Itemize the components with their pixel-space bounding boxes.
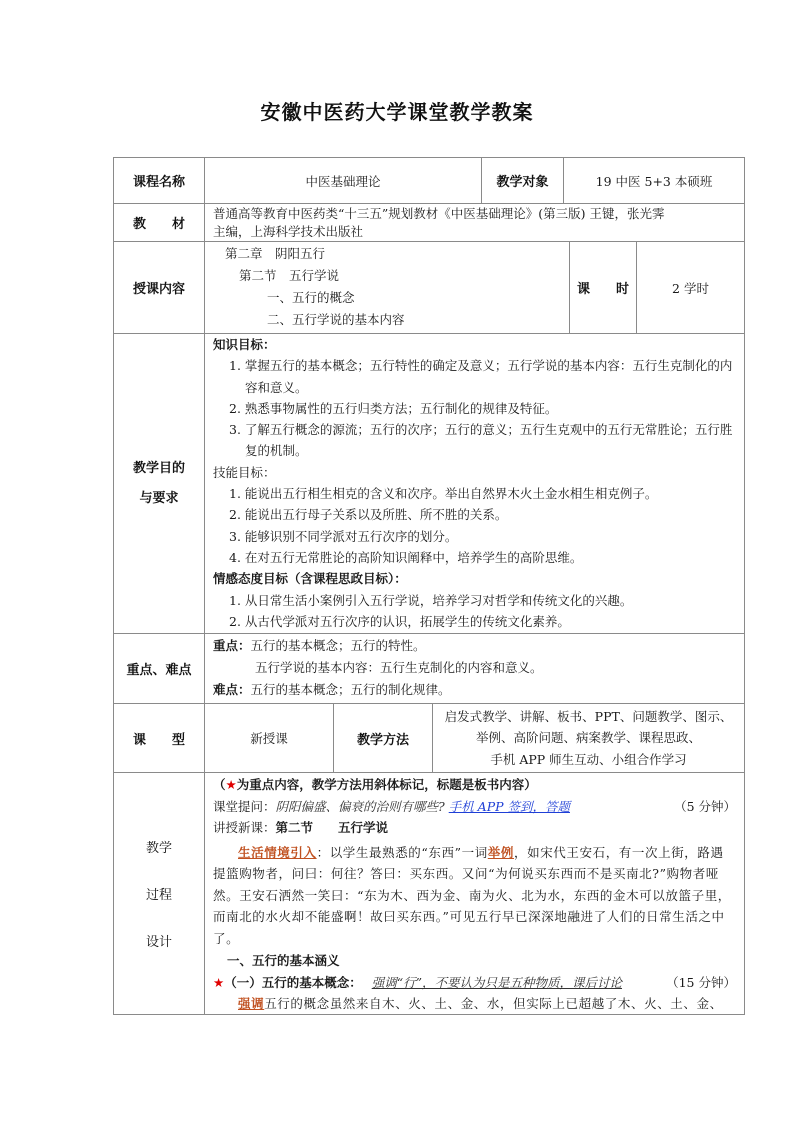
textbook-label-text: 教 材 [133, 213, 185, 232]
key-line: 五行的基本概念；五行的特性。 [251, 638, 426, 653]
difficult-label: 难点： [213, 682, 251, 697]
sub1-time: （15 分钟） [666, 972, 736, 994]
course-name-label: 课程名称 [113, 157, 205, 204]
key-points-label-text: 重点、难点 [126, 659, 191, 678]
key-label: 重点： [213, 638, 251, 653]
content-label: 授课内容 [113, 241, 205, 334]
course-name-text: 中医基础理论 [305, 172, 380, 190]
life-context-highlight: 生活情境引入 [238, 845, 317, 860]
emphasis-highlight: 强调 [238, 996, 264, 1011]
hours-value: 2 学时 [636, 241, 745, 334]
key-line: 五行学说的基本内容：五行生克制化的内容和意义。 [213, 657, 736, 679]
classroom-question: 课堂提问：阴阳偏盛、偏衰的治则有哪些? 手机 APP 签到，答题 （5 分钟） [213, 796, 736, 818]
document-title: 安徽中医药大学课堂教学教案 [0, 96, 794, 125]
method-label-text: 教学方法 [357, 729, 409, 748]
audience-text: 19 中医 5+3 本硕班 [596, 172, 713, 190]
method-line: 举例、高阶问题、病案教学、课程思政、 [476, 727, 701, 749]
emphasis-paragraph: 强调五行的概念虽然来自木、火、土、金、水，但实际上已超越了木、火、土、金、 [213, 993, 736, 1015]
key-points-label: 重点、难点 [113, 633, 205, 704]
process-note: （★为重点内容，教学方法用斜体标记，标题是板书内容） [213, 774, 736, 796]
hours-label-text: 课 时 [577, 278, 629, 297]
attitude-item: 2. 从古代学派对五行次序的认识，拓展学生的传统文化素养。 [213, 611, 736, 632]
example-highlight: 举例 [488, 845, 514, 860]
lesson-type-label-text: 课 型 [133, 729, 185, 748]
course-name-value: 中医基础理论 [204, 157, 482, 204]
topic-line: 二、五行学说的基本内容 [213, 309, 561, 331]
content-value: 第二章 阴阳五行 第二节 五行学说 一、五行的概念 二、五行学说的基本内容 [204, 241, 570, 334]
objectives-label-line2: 与要求 [139, 484, 178, 514]
chapter-line: 第二章 阴阳五行 [213, 243, 561, 265]
textbook-line: 普通高等教育中医药类“十三五”规划教材《中医基础理论》(第三版) 王键，张光霁 [213, 205, 736, 223]
method-line: 手机 APP 师生互动、小组合作学习 [490, 749, 686, 771]
knowledge-item: 2. 熟悉事物属性的五行归类方法；五行制化的规律及特征。 [213, 398, 736, 419]
sub1-note: 强调“行”，不要认为只是五种物质，课后讨论 [372, 975, 622, 990]
lesson-type-text: 新授课 [250, 729, 288, 747]
section1-title: 一、五行的基本涵义 [213, 950, 736, 972]
sub1-title: （一）五行的基本概念： [224, 975, 362, 990]
course-name-label-text: 课程名称 [133, 171, 185, 190]
knowledge-heading: 知识目标： [213, 334, 736, 355]
process-label-line: 设计 [146, 931, 172, 950]
objectives-value: 知识目标： 1. 掌握五行的基本概念；五行特性的确定及意义；五行学说的基本内容：… [204, 333, 745, 634]
knowledge-item: 3. 了解五行概念的源流；五行的次序；五行的意义；五行生克观中的五行无常胜论；五… [213, 419, 736, 462]
content-label-text: 授课内容 [133, 278, 185, 297]
skill-item: 4. 在对五行无常胜论的高阶知识阐释中，培养学生的高阶思维。 [213, 547, 736, 568]
skill-item: 3. 能够识别不同学派对五行次序的划分。 [213, 526, 736, 547]
textbook-line: 主编，上海科学技术出版社 [213, 223, 736, 241]
audience-label: 教学对象 [481, 157, 564, 204]
question-time: （5 分钟） [674, 796, 736, 818]
skill-item: 1. 能说出五行相生相克的含义和次序。举出自然界木火土金水相生相克例子。 [213, 483, 736, 504]
skill-heading: 技能目标： [213, 462, 736, 483]
question-label: 课堂提问： [213, 799, 276, 814]
method-value: 启发式教学、讲解、板书、PPT、问题教学、图示、 举例、高阶问题、病案教学、课程… [432, 703, 745, 773]
textbook-value: 普通高等教育中医药类“十三五”规划教材《中医基础理论》(第三版) 王键，张光霁 … [204, 203, 745, 242]
lesson-type-label: 课 型 [113, 703, 205, 773]
objectives-label-line1: 教学目的 [133, 454, 185, 484]
process-label-line: 过程 [146, 884, 172, 903]
hours-text: 2 学时 [672, 279, 709, 297]
method-label: 教学方法 [333, 703, 433, 773]
topic-line: 一、五行的概念 [213, 287, 561, 309]
question-text: 阴阳偏盛、偏衰的治则有哪些? [276, 799, 445, 814]
audience-label-text: 教学对象 [496, 171, 548, 190]
new-lesson-label: 讲授新课： [213, 820, 276, 835]
section-line: 第二节 五行学说 [213, 265, 561, 287]
textbook-label: 教 材 [113, 203, 205, 242]
star-icon: ★ [226, 777, 237, 792]
method-line: 启发式教学、讲解、板书、PPT、问题教学、图示、 [445, 706, 733, 728]
star-icon: ★ [213, 975, 224, 990]
key-points-value: 重点：五行的基本概念；五行的特性。 五行学说的基本内容：五行生克制化的内容和意义… [204, 633, 745, 704]
process-value: （★为重点内容，教学方法用斜体标记，标题是板书内容） 课堂提问：阴阳偏盛、偏衰的… [204, 772, 745, 1015]
process-label-line: 教学 [146, 837, 172, 856]
hours-label: 课 时 [569, 241, 637, 334]
sub1-line: ★（一）五行的基本概念： 强调“行”，不要认为只是五种物质，课后讨论 （15 分… [213, 972, 736, 994]
lesson-type-value: 新授课 [204, 703, 334, 773]
knowledge-item: 1. 掌握五行的基本概念；五行特性的确定及意义；五行学说的基本内容：五行生克制化… [213, 355, 736, 398]
objectives-label: 教学目的 与要求 [113, 333, 205, 634]
skill-item: 2. 能说出五行母子关系以及所胜、所不胜的关系。 [213, 504, 736, 525]
new-lesson-line: 讲授新课：第二节 五行学说 [213, 817, 736, 839]
attitude-heading: 情感态度目标（含课程思政目标）： [213, 568, 736, 589]
intro-paragraph: 生活情境引入：以学生最熟悉的“东西”一词举例，如宋代王安石，有一次上街，路遇提篮… [213, 842, 736, 950]
app-checkin-link[interactable]: 手机 APP 签到，答题 [449, 799, 570, 814]
process-label: 教学 过程 设计 [113, 772, 205, 1015]
attitude-item: 1. 从日常生活小案例引入五行学说，培养学习对哲学和传统文化的兴趣。 [213, 590, 736, 611]
difficult-line: 五行的基本概念；五行的制化规律。 [251, 682, 451, 697]
new-lesson-title: 第二节 五行学说 [276, 820, 389, 835]
audience-value: 19 中医 5+3 本硕班 [563, 157, 745, 204]
